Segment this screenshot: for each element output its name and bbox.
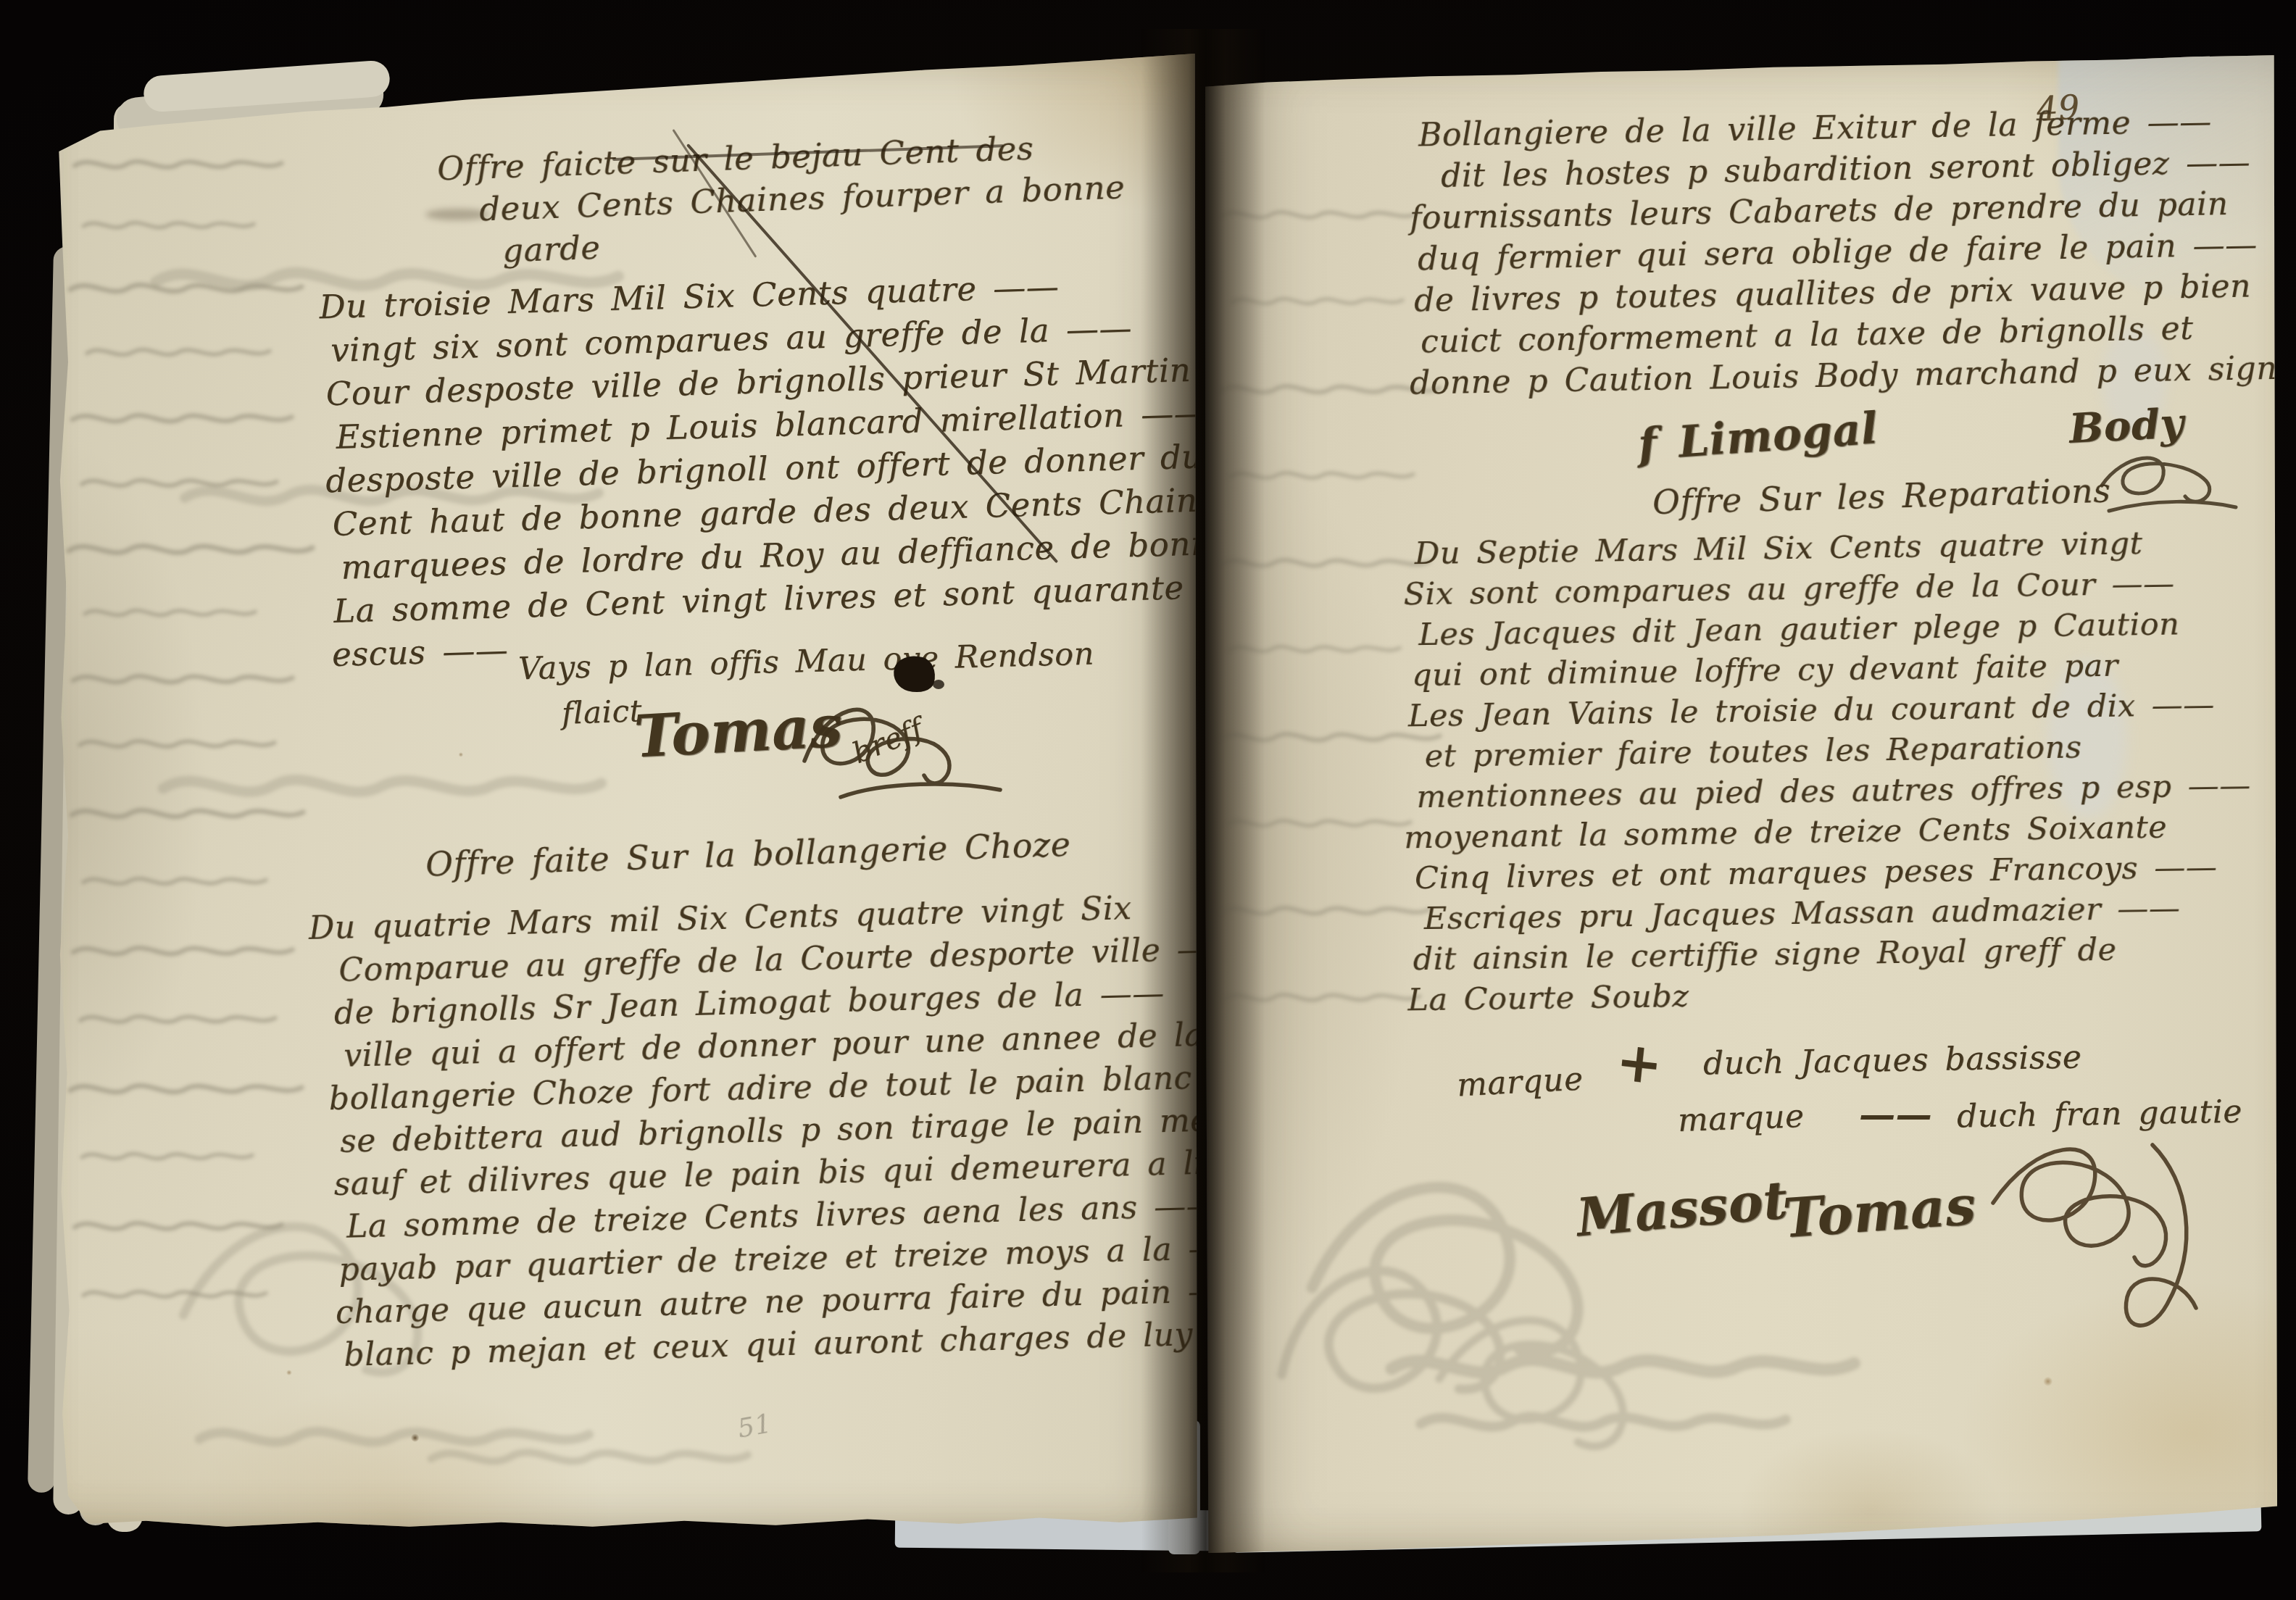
right-page: 49 Bollangiere de la ville Exitur de la … [1203, 51, 2279, 1554]
surety-signature: Body [2068, 399, 2185, 453]
ink-smudge [425, 209, 489, 220]
mark-row2-dash: —— [1859, 1093, 1932, 1136]
left-page: Offre faicte sur le bejau Cent des deux … [54, 51, 1199, 1533]
final-signature-massot: Massot [1574, 1168, 1790, 1248]
entry1-body: Du troisie Mars Mil Six Cents quatre —— … [319, 258, 1329, 677]
clerk-signature: Tomas [633, 692, 844, 771]
ink-blot-satellite [933, 680, 944, 689]
mark-row1-cross: + [1613, 1028, 1666, 1097]
entry2-heading: Offre Sur les Reparations [1652, 471, 2110, 522]
mark-row1-text: duch Jacques bassisse [1703, 1038, 2082, 1082]
entry1-attestation: flaict [561, 693, 643, 731]
mark-row2-label: marque [1677, 1098, 1805, 1139]
final-signature-tomas: Tomas [1781, 1175, 1978, 1250]
entry1-body: Bollangiere de la ville Exitur de la fer… [1418, 100, 2296, 404]
mark-row2-text: duch fran gautie [1957, 1093, 2243, 1136]
signature-flourish [2087, 442, 2247, 522]
final-signature-paraph [1971, 1116, 2232, 1355]
entry2-body: Du Septie Mars Mil Six Cents quatre ving… [1431, 522, 2253, 1020]
entry2-body: Du quatrie Mars mil Six Cents quatre vin… [330, 883, 1297, 1377]
entry2-heading: Offre faite Sur la bollangerie Choze [425, 825, 1071, 884]
pencil-folio-number: 51 [736, 1409, 774, 1444]
clerk-title: breff [848, 712, 928, 770]
mark-row1-label: marque [1456, 1060, 1584, 1104]
photographed-manuscript-spread: Offre faicte sur le bejau Cent des deux … [0, 0, 2296, 1600]
party-signature: f Limogal [1636, 404, 1879, 471]
